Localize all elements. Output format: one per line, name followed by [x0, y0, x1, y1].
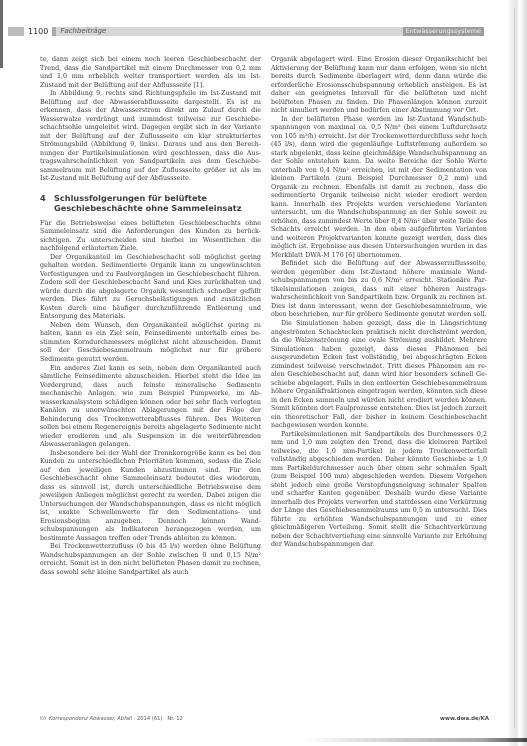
paragraph: Neben dem Wunsch, den Organikanteil mögl…	[40, 322, 261, 365]
footer-citation: KA Korrespondenz Abwasser, Abfall · 2014…	[40, 716, 183, 722]
footer-url[interactable]: www.dwa.de/KA	[440, 716, 489, 722]
paragraph: Partikelsimulationen mit Sandpartikeln d…	[271, 431, 487, 550]
paragraph: Der Organikanteil im Geschiebeschacht so…	[40, 254, 261, 322]
paragraph: Insbesondere bei der Wahl der Trennkorng…	[40, 450, 261, 544]
paragraph: In Abbildung 9, rechts sind Richtungspfe…	[40, 90, 261, 184]
header-color-block	[8, 27, 24, 36]
paragraph: Die Simulationen haben gezeigt, dass die…	[271, 320, 487, 431]
header-divider	[52, 27, 56, 36]
right-column: Organik abgelagert wird. Eine Erosion di…	[271, 56, 487, 550]
journal-name: Korrespondenz Abwasser, Abfall	[49, 716, 132, 722]
page-shadow	[300, 738, 527, 742]
paragraph: Ein anderes Ziel kann es sein, neben dem…	[40, 365, 261, 450]
paragraph: Befindet sich die Belüftung auf der Abwa…	[271, 260, 487, 320]
running-header: 1100 Fachbeiträge Entwässerungssysteme	[8, 27, 484, 36]
paragraph: In der belüfteten Phase werden im Ist-Zu…	[271, 116, 487, 261]
left-column: te, dann zeigt sich bei einem noch leere…	[40, 56, 261, 577]
section-title: Schlussfolgerungen für belüftete Geschie…	[54, 193, 261, 214]
journal-logo: KA	[40, 717, 46, 722]
section-heading: 4 Schlussfolgerungen für belüftete Gesch…	[40, 193, 261, 214]
binding-edge	[0, 0, 3, 68]
section-number: 4	[40, 193, 54, 214]
category-tag: Entwässerungssysteme	[403, 27, 484, 36]
journal-issue: · 2014 (61) · Nr. 12	[134, 716, 183, 722]
paragraph: Organik abgelagert wird. Eine Erosion di…	[271, 56, 487, 116]
paragraph: te, dann zeigt sich bei einem noch leere…	[40, 56, 261, 90]
page-number: 1100	[24, 27, 52, 36]
paragraph: Für die Betriebsweise eines belüfteten G…	[40, 220, 261, 254]
page-edge	[509, 0, 527, 746]
paragraph: Bei Trockenwetterzufluss (0 bis 45 l/s) …	[40, 543, 261, 577]
section-label: Fachbeiträge	[60, 27, 106, 36]
